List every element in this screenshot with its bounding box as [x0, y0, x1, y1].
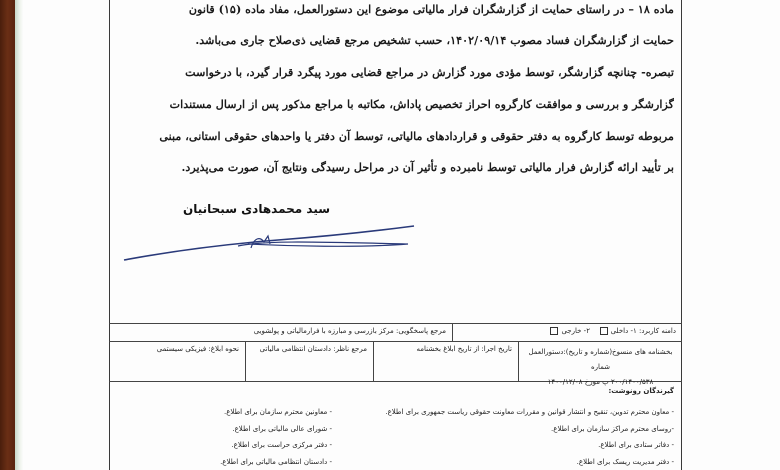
details-row: بخشنامه های منسوخ(شماره و تاریخ):دستورال…	[109, 342, 682, 382]
scope-internal-label: دامنه کاربرد: ۱- داخلی	[611, 327, 676, 335]
cc-item: - دادستان انتظامی مالیاتی برای اطلاع.	[220, 454, 332, 470]
supervising-authority-cell: مرجع ناظر: دادستان انتظامی مالیاتی	[245, 342, 373, 381]
signature-icon	[118, 222, 418, 267]
cc-left-column: - معاونین محترم سازمان برای اطلاع. - شور…	[220, 404, 332, 470]
page-edge	[15, 0, 23, 470]
signatory-name: سید محمدهادی سبحانیان	[183, 202, 330, 216]
cc-item: - دفتر مرکزی حراست برای اطلاع.	[220, 437, 332, 454]
responsible-authority-cell: مرجع پاسخگویی: مرکز بازرسی و مبارزه با ف…	[109, 324, 452, 341]
binding-edge	[0, 0, 15, 470]
scope-cell: دامنه کاربرد: ۱- داخلی ۲- خارجی	[452, 324, 682, 341]
external-checkbox[interactable]	[550, 327, 558, 335]
notification-method-cell: نحوه ابلاغ: فیزیکی سیستمی	[109, 342, 245, 381]
paragraph-line: بر تأیید ارائه گزارش فرار مالیاتی توسط ن…	[118, 152, 674, 182]
cc-title: گیرندگان رونوشت:	[608, 387, 674, 395]
paragraph-line: تبصره- چنانچه گزارشگر، توسط مؤدی مورد گز…	[118, 57, 674, 87]
cc-item: - معاون محترم تدوین، تنقیح و انتشار قوان…	[385, 404, 674, 421]
cc-item: - معاونین محترم سازمان برای اطلاع.	[220, 404, 332, 421]
paragraph-line: ماده ۱۸ – در راستای حمایت از گزارشگران ف…	[118, 0, 674, 24]
cc-item: - دفاتر ستادی برای اطلاع.	[385, 437, 674, 454]
paragraph-line: مربوطه توسط کارگروه به دفتر حقوقی و قرار…	[118, 121, 674, 151]
cc-right-column: - معاون محترم تدوین، تنقیح و انتشار قوان…	[385, 404, 674, 470]
repealed-circulars-label: بخشنامه های منسوخ(شماره و تاریخ):دستورال…	[525, 345, 676, 375]
scope-row: دامنه کاربرد: ۱- داخلی ۲- خارجی مرجع پاس…	[109, 323, 682, 342]
cc-item: -روسای محترم مراکز سازمان برای اطلاع.	[385, 421, 674, 438]
effective-date-cell: تاریخ اجرا: از تاریخ ابلاغ بخشنامه	[373, 342, 518, 381]
internal-checkbox[interactable]	[600, 327, 608, 335]
repealed-circulars-cell: بخشنامه های منسوخ(شماره و تاریخ):دستورال…	[518, 342, 682, 381]
scope-external-label: ۲- خارجی	[561, 327, 590, 335]
paragraph-line: حمایت از گزارشگران فساد مصوب ۱۴۰۲/۰۹/۱۴،…	[118, 25, 674, 55]
paragraph-line: گزارشگر و بررسی و موافقت کارگروه احراز ت…	[118, 89, 674, 119]
cc-item: - دفتر مدیریت ریسک برای اطلاع.	[385, 454, 674, 470]
cc-item: - شورای عالی مالیاتی برای اطلاع.	[220, 421, 332, 438]
cc-recipients: گیرندگان رونوشت: - معاون محترم تدوین، تن…	[109, 382, 682, 470]
article-text: ماده ۱۸ – در راستای حمایت از گزارشگران ف…	[118, 0, 674, 194]
